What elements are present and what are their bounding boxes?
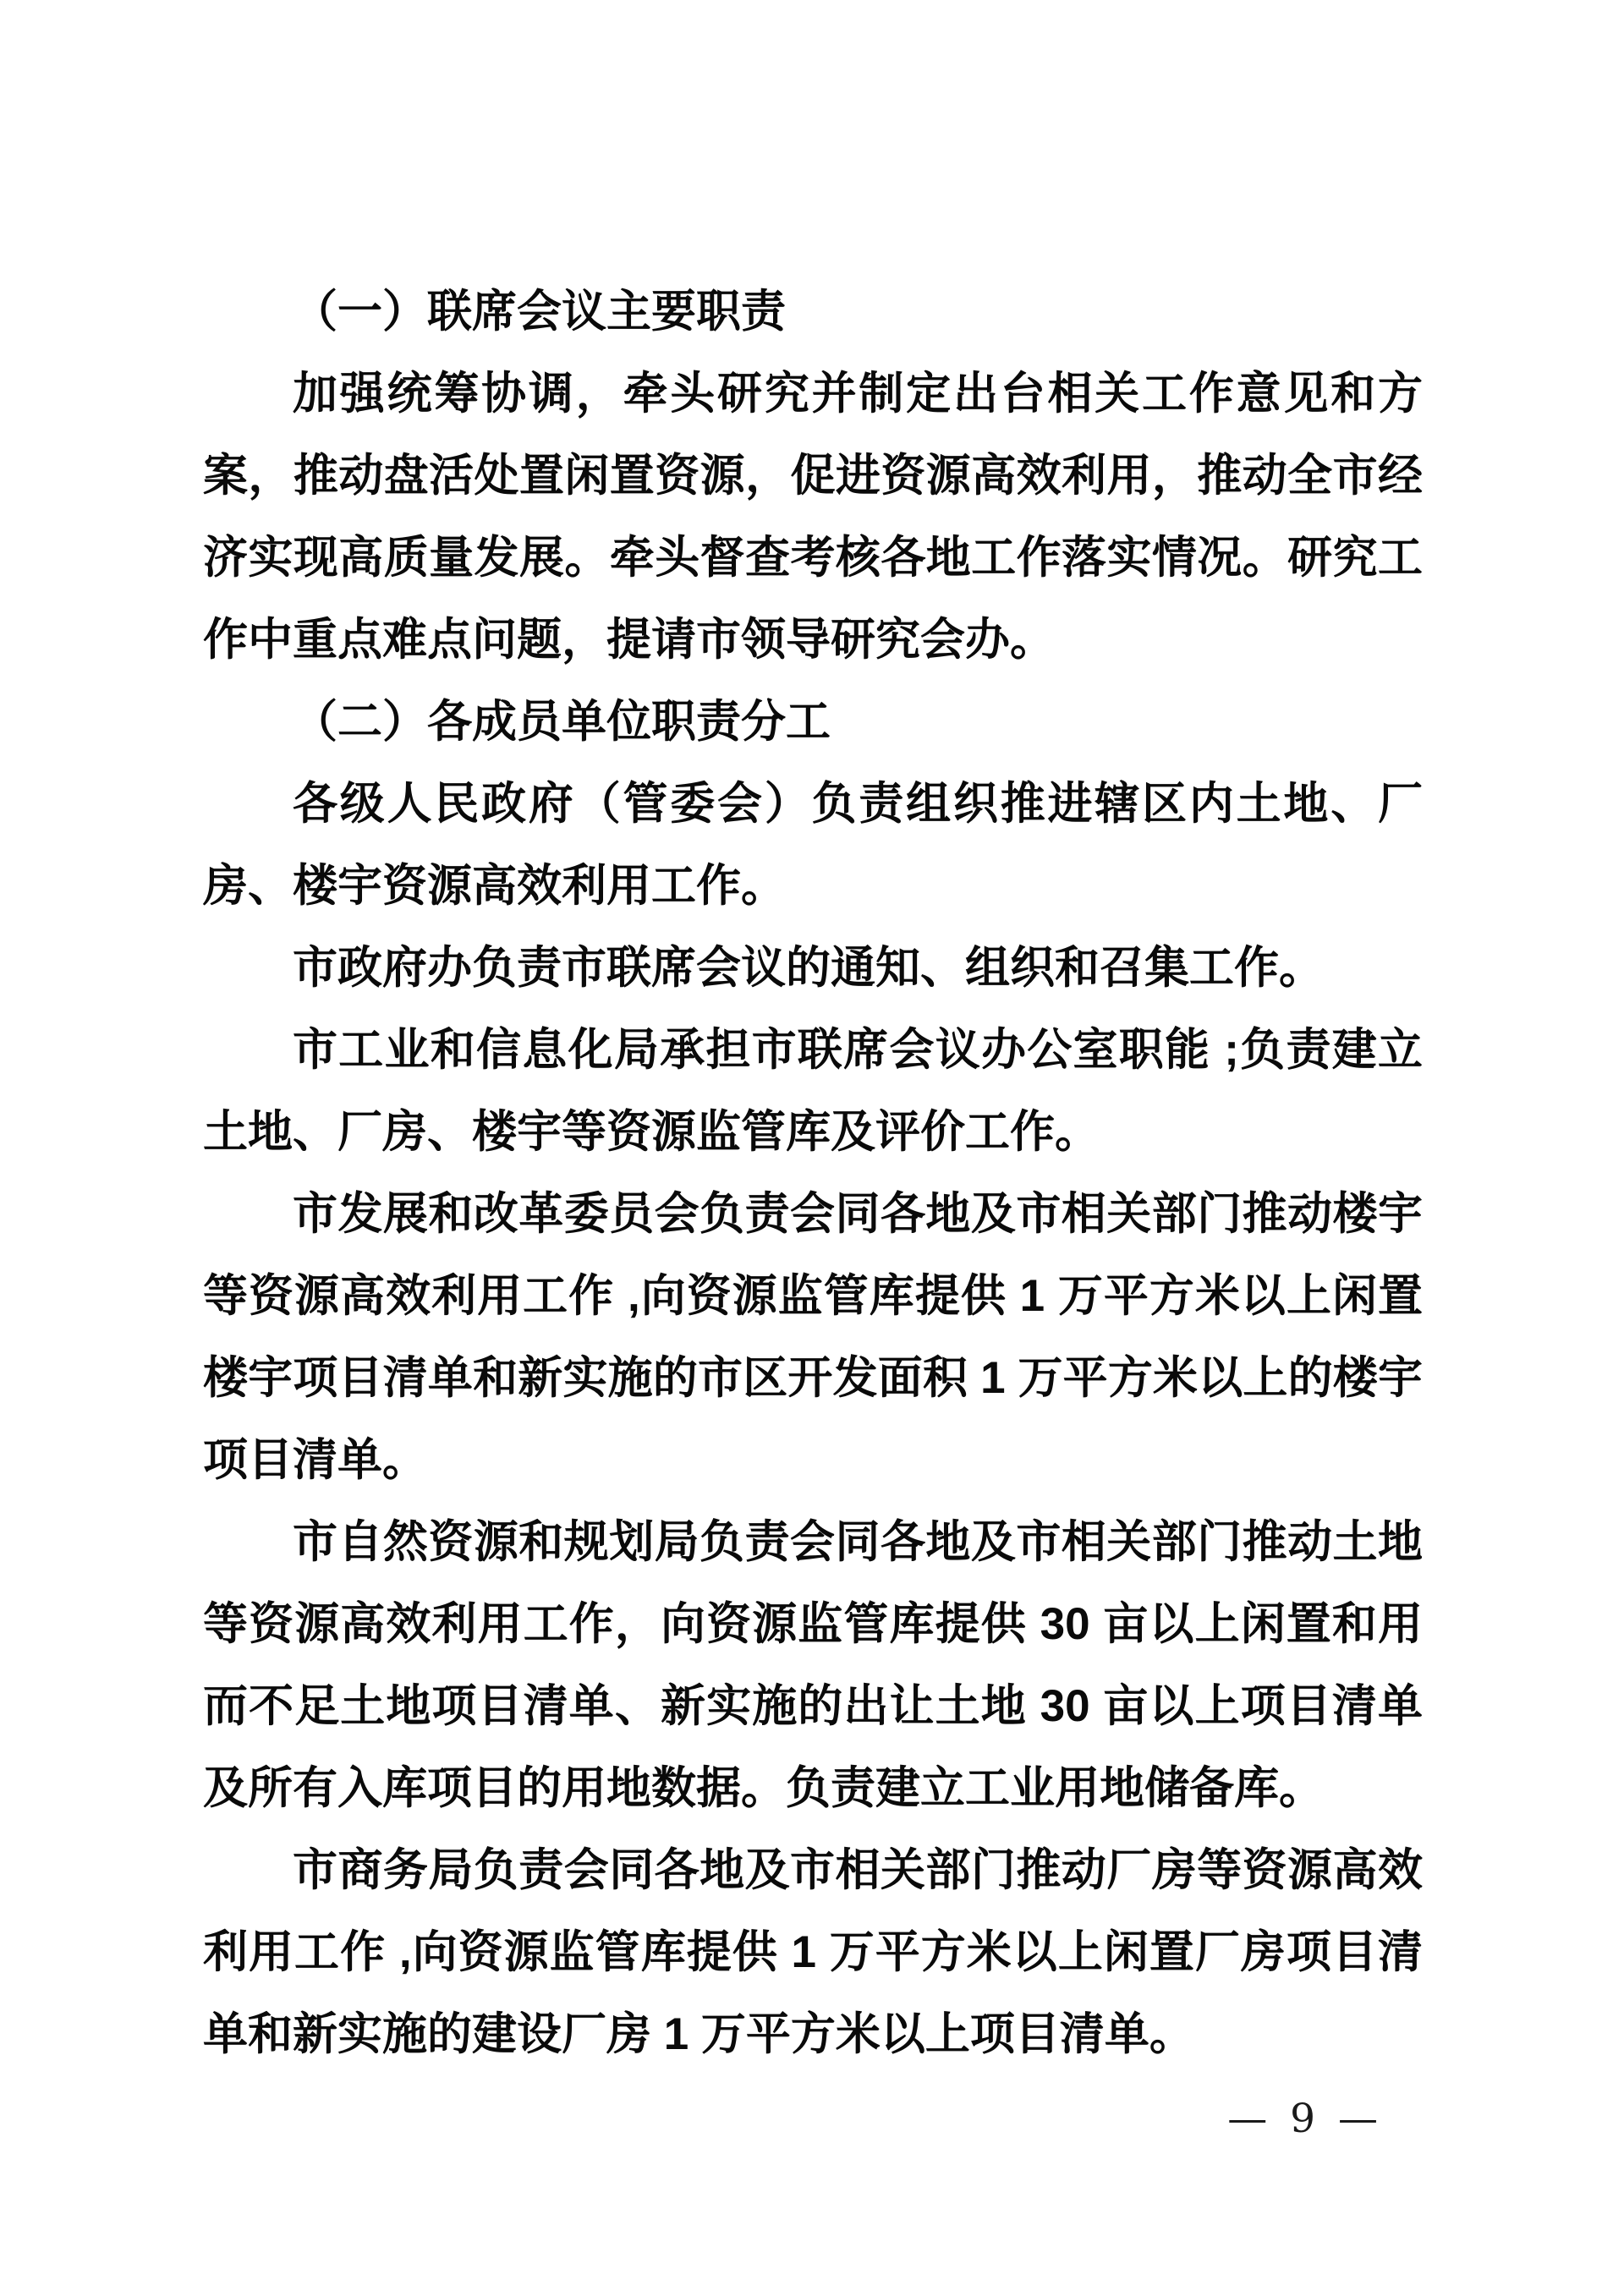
section-2-heading: （二）各成员单位职责分工 (203, 681, 1423, 763)
page-number: — 9 — (1227, 2096, 1383, 2142)
paragraph-industry-information-bureau: 市工业和信息化局承担市联席会议办公室职能 ;负责建立土地、厂房、楼宇等资源监管库… (203, 1009, 1423, 1173)
section-1-heading: （一）联席会议主要职责 (203, 271, 1423, 353)
paragraph-local-governments: 各级人民政府（管委会）负责组织推进辖区内土地、厂房、楼宇资源高效利用工作。 (203, 763, 1423, 927)
paragraph-government-office: 市政府办负责市联席会议的通知、组织和召集工作。 (203, 927, 1423, 1009)
document-page: （一）联席会议主要职责 加强统筹协调，牵头研究并制定出台相关工作意见和方案，推动… (0, 0, 1624, 2296)
paragraph-commerce-bureau: 市商务局负责会同各地及市相关部门推动厂房等资源高效利用工作 ,向资源监管库提供 … (203, 1829, 1423, 2075)
document-body: （一）联席会议主要职责 加强统筹协调，牵头研究并制定出台相关工作意见和方案，推动… (203, 271, 1423, 2075)
paragraph-natural-resources-bureau: 市自然资源和规划局负责会同各地及市相关部门推动土地等资源高效利用工作，向资源监管… (203, 1501, 1423, 1829)
paragraph-development-reform-commission: 市发展和改革委员会负责会同各地及市相关部门推动楼宇等资源高效利用工作 ,向资源监… (203, 1173, 1423, 1501)
section-1-paragraph: 加强统筹协调，牵头研究并制定出台相关工作意见和方案，推动盘活处置闲置资源，促进资… (203, 353, 1423, 681)
